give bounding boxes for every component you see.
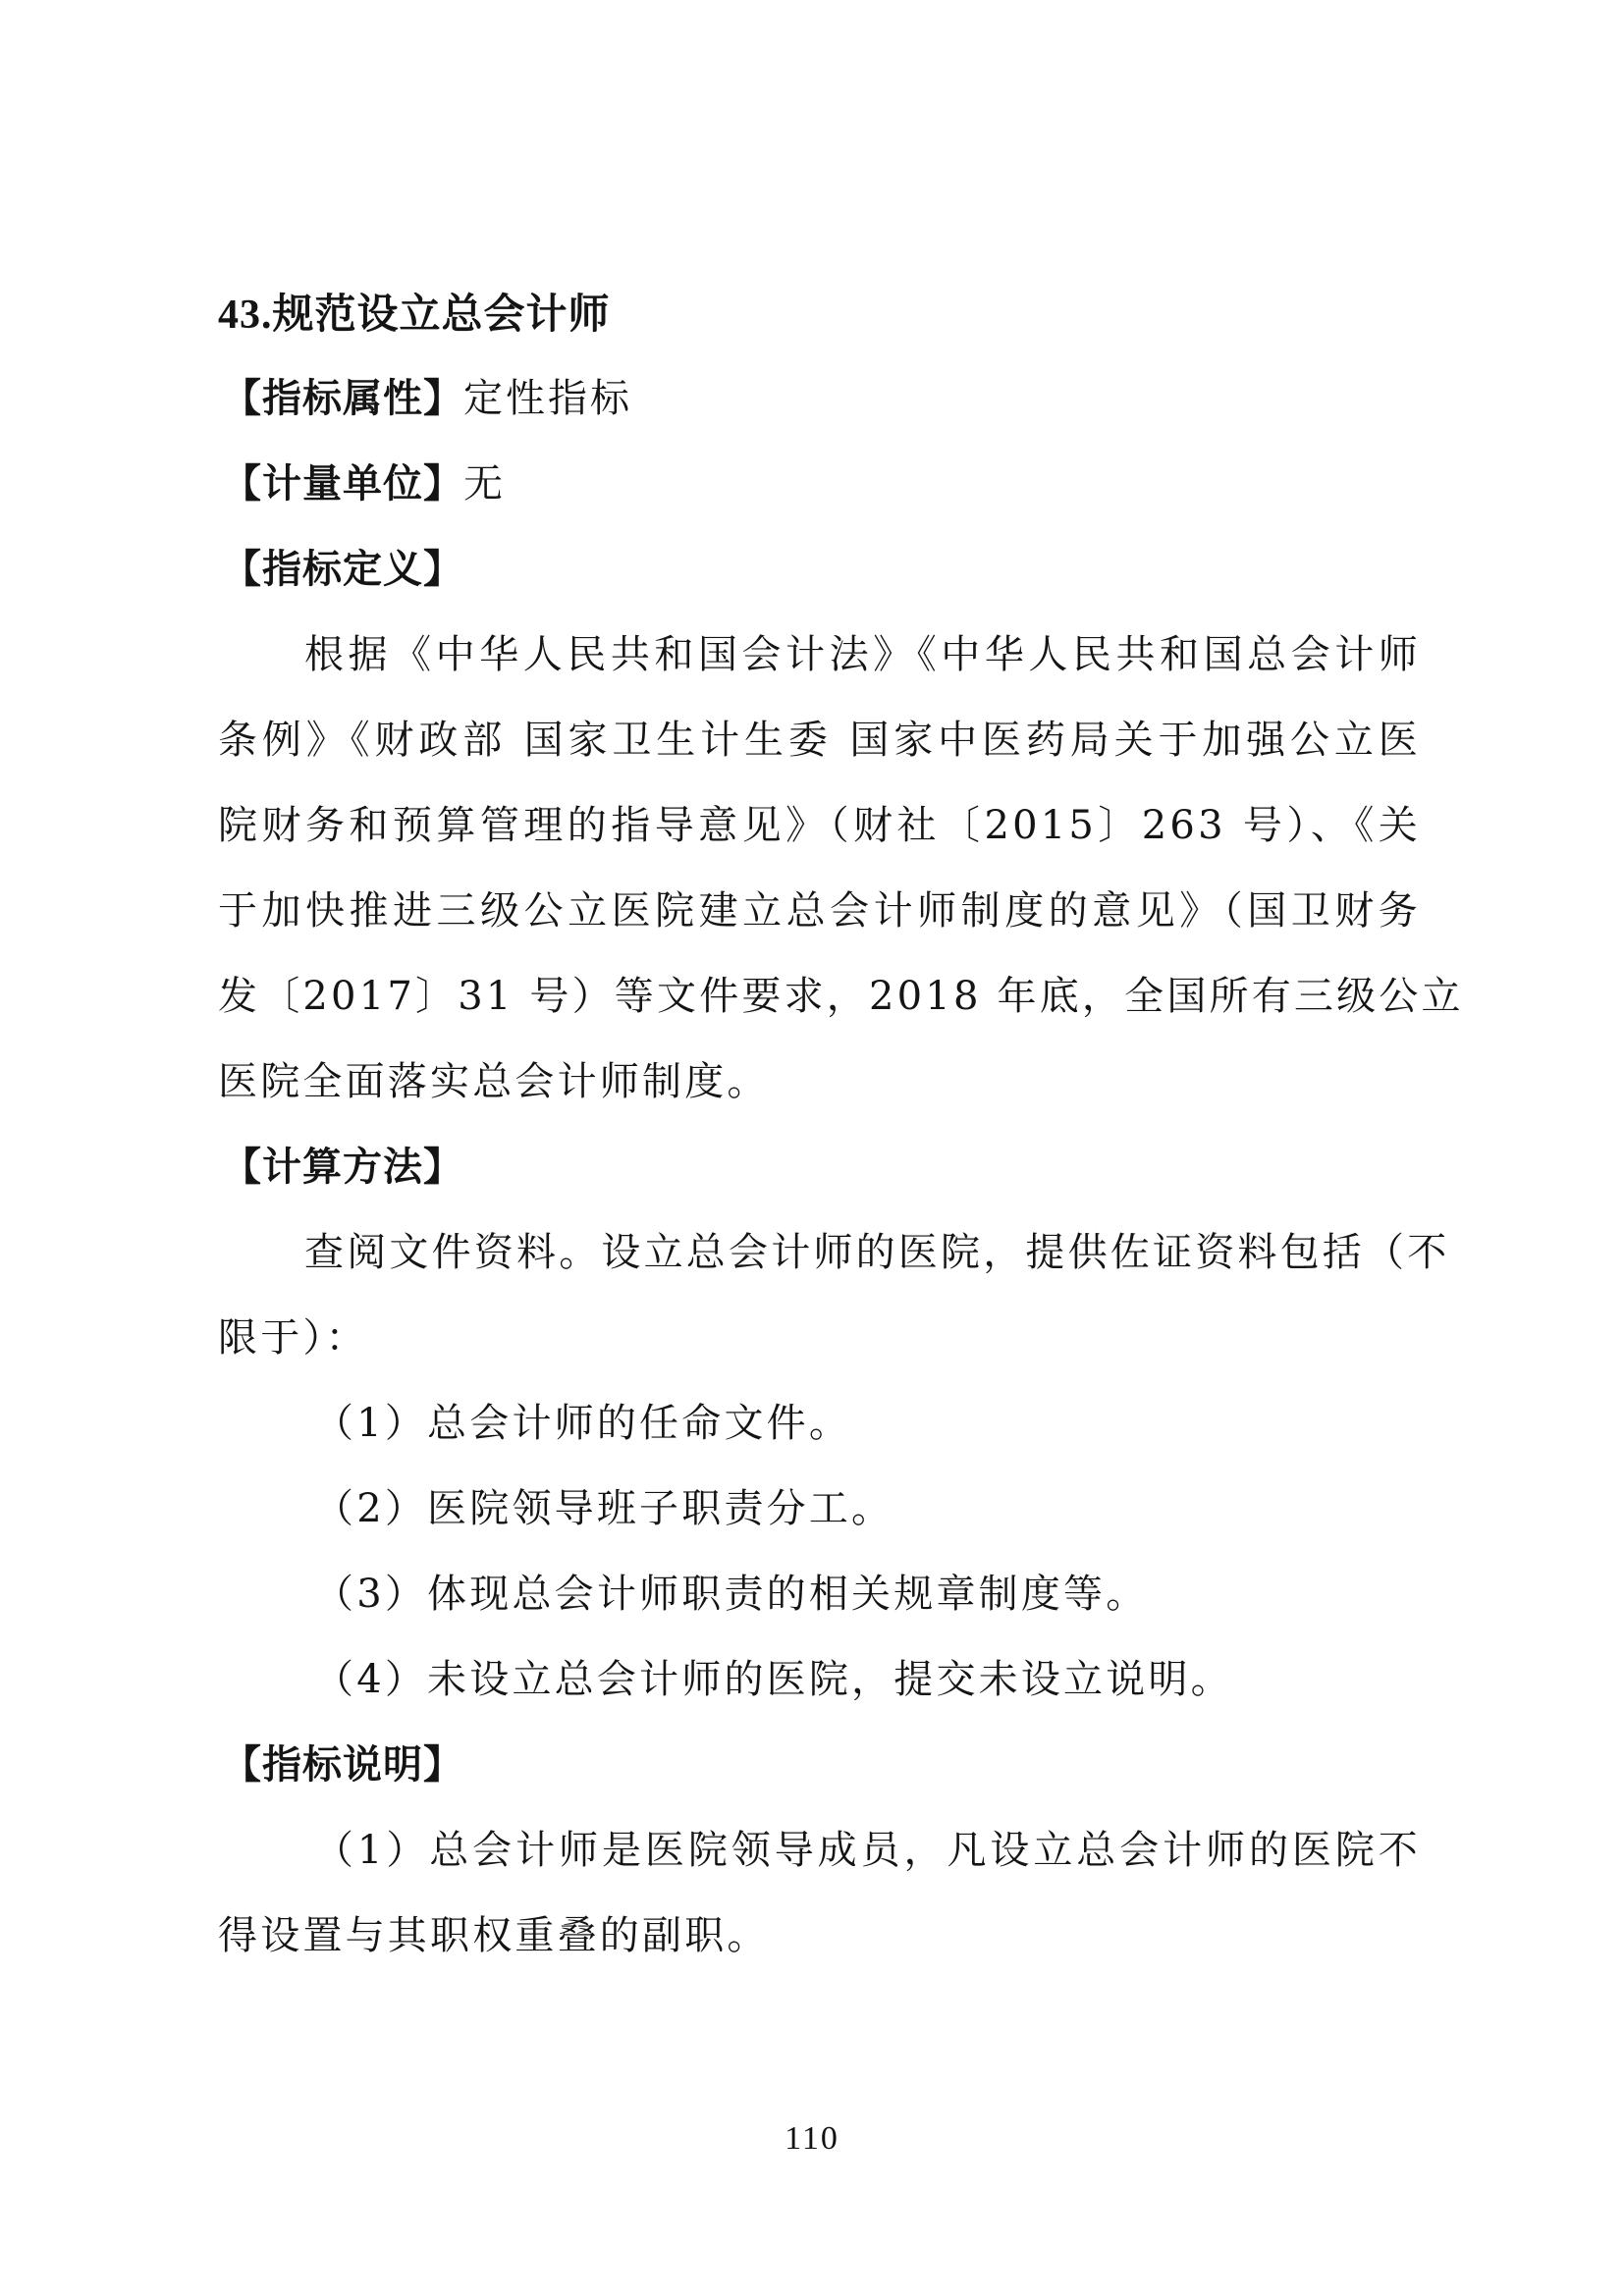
attribute-value: 无 bbox=[463, 461, 506, 507]
method-item: （3）体现总会计师职责的相关规章制度等。 bbox=[314, 1571, 1517, 1618]
method-heading: 【计算方法】 bbox=[222, 1144, 1425, 1191]
method-item: （1）总会计师的任命文件。 bbox=[314, 1400, 1517, 1447]
method-line: 限于）： bbox=[218, 1314, 1421, 1362]
section-title-text: 规范设立总会计师 bbox=[273, 290, 611, 338]
document-page: 43.规范设立总会计师 【指标属性】定性指标 【计量单位】无 【指标定义】 根据… bbox=[0, 0, 1624, 2296]
definition-line: 于加快推进三级公立医院建立总会计师制度的意见》（国卫财务 bbox=[218, 887, 1421, 934]
section-number: 43. bbox=[218, 293, 273, 338]
attribute-row-type: 【指标属性】定性指标 bbox=[222, 375, 1425, 422]
definition-heading: 【指标定义】 bbox=[222, 546, 1425, 593]
definition-line: 院财务和预算管理的指导意见》（财社〔2015〕263 号）、《关 bbox=[218, 802, 1421, 849]
attribute-value: 定性指标 bbox=[463, 376, 632, 421]
method-line: 查阅文件资料。设立总会计师的医院，提供佐证资料包括（不 bbox=[304, 1229, 1421, 1276]
method-item: （2）医院领导班子职责分工。 bbox=[314, 1485, 1517, 1532]
notes-line: （1）总会计师是医院领导成员，凡设立总会计师的医院不 bbox=[314, 1827, 1421, 1874]
attribute-label: 【计量单位】 bbox=[222, 461, 463, 507]
definition-line: 根据《中华人民共和国会计法》《中华人民共和国总会计师 bbox=[304, 631, 1421, 678]
definition-line: 医院全面落实总会计师制度。 bbox=[218, 1058, 1421, 1105]
attribute-row-unit: 【计量单位】无 bbox=[222, 460, 1425, 507]
attribute-label: 【指标属性】 bbox=[222, 376, 463, 421]
definition-line: 条例》《财政部 国家卫生计生委 国家中医药局关于加强公立医 bbox=[218, 717, 1421, 764]
section-title: 43.规范设立总会计师 bbox=[218, 291, 1421, 339]
page-number: 110 bbox=[0, 2120, 1624, 2158]
definition-line: 发〔2017〕31 号）等文件要求，2018 年底，全国所有三级公立 bbox=[218, 973, 1421, 1020]
notes-line: 得设置与其职权重叠的副职。 bbox=[218, 1912, 1421, 1959]
notes-heading: 【指标说明】 bbox=[222, 1741, 1425, 1789]
method-item: （4）未设立总会计师的医院，提交未设立说明。 bbox=[314, 1656, 1517, 1703]
